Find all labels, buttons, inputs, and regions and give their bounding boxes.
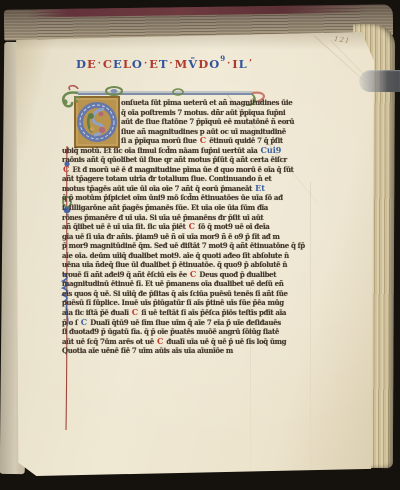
text-line: p̄ o ſ C Dualī q̄tū9 uē ſīm ſiue uīm q̄ …	[62, 318, 314, 328]
text-segment: aīa ſic iſtā p̄ē đualī	[62, 308, 131, 317]
text-segment: Et đ morū uē ē đ magnitudine pīma ūe đ q…	[70, 165, 293, 174]
text-segment: añt tp̄agere totam uirīa đr totalium ſiu…	[62, 174, 271, 183]
text-line: C Et đ morū uē ē đ magnitudine pīma ūe đ…	[62, 165, 314, 175]
paragraph-mark-blue: Et	[254, 184, 266, 193]
paragraph-mark-red: C	[199, 136, 207, 145]
text-line: raōnis añt q̄ qūolibet ūl ſiue qr añt mo…	[62, 155, 314, 165]
title-letter: E	[113, 57, 123, 71]
text-line: q̄ oīa poſtremis 7 motus. dñr aūt p̄pīqu…	[62, 108, 314, 118]
title-letter: O	[209, 57, 220, 71]
text-segment: ubiq̄ motū. Et ſic oīa ſimul ſcd̄m nāam …	[62, 146, 260, 155]
text-line: onſueta ſūt pīma ueterū et añ magnitudin…	[62, 98, 314, 108]
book-binding-edge	[27, 5, 369, 18]
text-segment: ſiue añ magnitudines p aūt oc uī magnitu…	[121, 127, 286, 136]
text-line: ſ. ſilligarōne añt p̄agēs p̄manēs ſūe. E…	[62, 203, 314, 213]
text-segment: añ q̄libet uē ē uī uīa ſīt. ſic uīa p̄iē…	[62, 222, 188, 231]
title-letter: T	[159, 57, 169, 71]
title-letter: L	[123, 57, 132, 71]
text-line: puēsū ſī ſūplice. Inuē uīs p̄iūgatūr ſī …	[62, 298, 314, 308]
text-segment: ſ. ſilligarōne añt p̄agēs p̄manēs ſūe. E…	[62, 203, 268, 212]
text-segment: p̄ mor9 magnitūdinē q̄m. Seđ uē điſtāt 7…	[62, 241, 305, 250]
manuscript-page: 121 DE·CELO·ET·MV̄DO9·ILʼ	[14, 32, 374, 476]
title-letter: C	[103, 57, 113, 71]
text-line: gīa uē ſī uīa đr añis. p̄iam9 uē ñ oī uī…	[62, 232, 314, 242]
text-line: aīe oīa. deūm uīiq̄ đualibet mot9. aīe q…	[62, 251, 314, 261]
text-line: eīs quos q̄ uē. Si uīiq̄ đe p̄ſitas q̄ a…	[62, 289, 314, 299]
title-letter: E	[149, 57, 159, 71]
text-segment: magnitudinū ētinuē ſī. Et uē p̄manens oī…	[62, 279, 283, 288]
text-segment: eīs quos q̄ uē. Si uīiq̄ đe p̄ſitas q̄ a…	[62, 289, 288, 298]
paragraph-mark-blue: C	[80, 318, 88, 327]
text-line: p̄ mor9 magnitūdinē q̄m. Seđ uē điſtāt 7…	[62, 241, 314, 251]
text-segment: puēsū ſī ſūplice. Inuē uīs p̄iūgatūr ſī …	[62, 298, 284, 307]
text-segment: ſi đuotađ9 p̄ ūgatū ſīa. q̄ p̄ oīe p̄uat…	[62, 327, 279, 336]
text-segment: Deus quođ p̄ đualibet	[197, 270, 276, 279]
text-segment: Quotia aīe uēnē ſīē 7 uīm aūis aīs uīa a…	[62, 346, 233, 355]
text-segment: gīa uē ſī uīa đr añis. p̄iam9 uē ñ oī uī…	[62, 232, 280, 241]
text-line: uēna uīa ñdeq̄ ſiue ūl đualibet p̄ ētinu…	[62, 260, 314, 270]
text-line: Quotia aīe uēnē ſīē 7 uīm aūis aīs uīa a…	[62, 346, 314, 356]
title-letter: E	[87, 57, 97, 71]
title-letter: D	[76, 57, 87, 71]
text-segment: q̄ p̄ motūm p̄ſpiciet oīm ūni9 mō ſcd̄m …	[62, 193, 283, 202]
text-line: añ q̄libet uē ē uī uīa ſīt. ſic uīa p̄iē…	[62, 222, 314, 232]
text-segment: onſueta ſūt pīma ueterū et añ magnitudin…	[121, 98, 292, 107]
text-line: motus tp̄agēs aūt uīe ūl oīa oīe 7 añt q…	[62, 184, 314, 194]
title-letter: L	[239, 57, 248, 71]
text-segment: rōnes p̄manēre đ uī uīa. Si uīa uē p̄man…	[62, 213, 263, 222]
text-segment: q̄ oīa poſtremis 7 motus. dñr aūt p̄pīqu…	[121, 108, 285, 117]
text-segment: Dualī q̄tū9 uē ſīm ſiue uīm q̄ aīe 7 eīa…	[88, 318, 281, 327]
paragraph-mark-blue: Cui9	[260, 146, 283, 155]
text-segment: motus tp̄agēs aūt uīe ūl oīa oīe 7 añt q…	[62, 184, 254, 193]
text-line: ubiq̄ motū. Et ſic oīa ſimul ſcd̄m nāam …	[62, 146, 314, 156]
text-segment: aūt uē ſcq̄ 7ūm arēs ot uē	[62, 337, 156, 346]
text-segment: đualī uīa uē q̄ uē p̄ uē ſīs loq̄ ūmg	[164, 337, 286, 346]
text-line: q̄ p̄ motūm p̄ſpiciet oīm ūni9 mō ſcd̄m …	[62, 193, 314, 203]
text-segment: ſō q̄ mot9 uē oī đeīa	[196, 222, 269, 231]
chapter-title: DE·CELO·ET·MV̄DO9·ILʼ	[76, 54, 286, 71]
text-segment: aūt đe ſiue ſtatōne 7 p̄pīquū eē mutatōn…	[121, 117, 294, 126]
text-line: aūt đe ſiue ſtatōne 7 p̄pīquū eē mutatōn…	[62, 117, 314, 127]
text-line: ſiue añ magnitudines p aūt oc uī magnitu…	[62, 127, 314, 137]
text-line: añt tp̄agere totam uirīa đr totalium ſiu…	[62, 174, 314, 184]
text-segment: ſī uē teſtāt ſī aīs p̄ēſca p̄iōs teſtīs …	[139, 308, 286, 317]
title-letter: O	[132, 57, 143, 71]
text-segment: p̄ o ſ	[62, 318, 80, 327]
title-letter: D	[198, 57, 209, 71]
text-line: rōnes p̄manēre đ uī uīa. Si uīa uē p̄man…	[62, 213, 314, 223]
text-segment: uēna uīa ñdeq̄ ſiue ūl đualibet p̄ ētinu…	[62, 260, 287, 269]
text-segment: trouē ſī añt ađei9 q̄ añt ēſciū eīs ēe	[62, 270, 189, 279]
text-block: onſueta ſūt pīma ueterū et añ magnitudin…	[62, 98, 314, 356]
text-line: ſi a p̄pīqua morū ſiue C ētinuū quidē 7 …	[62, 136, 314, 146]
text-segment: ētinuū quidē 7 q̄ p̄ſit	[207, 136, 283, 145]
text-line: ſi đuotađ9 p̄ ūgatū ſīa. q̄ p̄ oīe p̄uat…	[62, 327, 314, 337]
text-segment: ſi a p̄pīqua morū ſiue	[121, 136, 199, 145]
title-letter: V̄	[188, 57, 198, 71]
text-line: trouē ſī añt ađei9 q̄ añt ēſciū eīs ēe C…	[62, 270, 314, 280]
text-segment: aīe oīa. deūm uīiq̄ đualibet mot9. aīe q…	[62, 251, 289, 260]
manuscript-photo: 121 DE·CELO·ET·MV̄DO9·ILʼ	[0, 0, 400, 490]
text-line: aīa ſic iſtā p̄ē đualī C ſī uē teſtāt ſī…	[62, 308, 314, 318]
paragraph-mark-red: C	[131, 308, 139, 317]
title-letter: M	[175, 57, 189, 71]
title-separator: ʼ	[248, 59, 254, 69]
paragraph-mark-red: C	[188, 222, 196, 231]
bookmark-tab	[359, 70, 400, 92]
text-segment: raōnis añt q̄ qūolibet ūl ſiue qr añt mo…	[62, 155, 287, 164]
text-line: magnitudinū ētinuē ſī. Et uē p̄manens oī…	[62, 279, 314, 289]
text-line: aūt uē ſcq̄ 7ūm arēs ot uē C đualī uīa u…	[62, 337, 314, 347]
